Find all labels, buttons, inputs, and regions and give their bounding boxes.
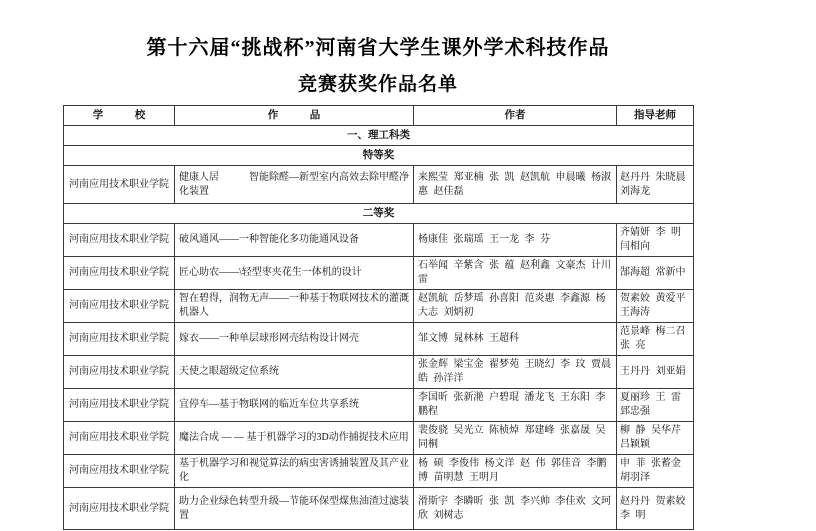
section-label-second-prize: 二等奖 [64, 204, 694, 224]
advisors-cell: 赵丹丹 朱晓晨 刘海龙 [617, 166, 694, 204]
authors-cell: 裴俊骁 吴光立 陈桢焯 郑建峰 张嘉晟 吴同桐 [414, 422, 617, 455]
table-row: 河南应用技术职业学院 破风通风——一种智能化多功能通风设备 杨康佳 张瑞瑶 王一… [64, 224, 694, 257]
table-row: 河南应用技术职业学院 嫁衣——一种单层球形网壳结构设计网壳 邹文博 晁林林 王超… [64, 323, 694, 356]
work-cell: 嫁衣——一种单层球形网壳结构设计网壳 [175, 323, 414, 356]
authors-cell: 滑斯宇 李瞵昕 张 凯 李兴帅 李佳欢 文珂欣 刘树志 [414, 488, 617, 530]
authors-cell: 赵凯航 岳梦瑶 孙喜阳 范炎惠 李鑫源 杨大志 刘炳初 [414, 290, 617, 323]
work-cell: 天使之眼超级定位系统 [175, 356, 414, 389]
school-cell: 河南应用技术职业学院 [64, 488, 175, 530]
advisors-cell: 齐婧妍 李 明 闫相向 [617, 224, 694, 257]
advisors-cell: 贺素姣 黄爱平 王海涛 [617, 290, 694, 323]
advisors-cell: 王丹丹 刘亚娟 [617, 356, 694, 389]
school-cell: 河南应用技术职业学院 [64, 166, 175, 204]
document-title: 第十六届“挑战杯”河南省大学生课外学术科技作品 竞赛获奖作品名单 [63, 34, 693, 98]
column-header-work: 作 品 [175, 106, 414, 126]
column-header-school: 学 校 [64, 106, 175, 126]
document-page: 第十六届“挑战杯”河南省大学生课外学术科技作品 竞赛获奖作品名单 学 校 作 品… [0, 0, 816, 531]
advisors-cell: 夏丽珍 王 雷 郅忠强 [617, 389, 694, 422]
work-cell: 智在碧得，润物无声——一种基于物联网技术的灌溉机器人 [175, 290, 414, 323]
school-cell: 河南应用技术职业学院 [64, 290, 175, 323]
section-label-category: 一、理工科类 [64, 126, 694, 146]
table-row: 河南应用技术职业学院 匠心助农——\轻型枣夹花生一体机的设计 石举闻 辛紫含 张… [64, 257, 694, 290]
table-row: 河南应用技术职业学院 基于机器学习和视觉算法的病虫害诱捕装置及其产业化 杨 硕 … [64, 455, 694, 488]
table-row: 河南应用技术职业学院 健康人居 智能除醛—新型室内高效去除甲醛净化装置 来熙莹 … [64, 166, 694, 204]
table-row: 河南应用技术职业学院 魔法合成 — — 基于机器学习的3D动作捕捉技术应用 裴俊… [64, 422, 694, 455]
authors-cell: 邹文博 晁林林 王超科 [414, 323, 617, 356]
authors-cell: 杨 硕 李俊伟 杨文洋 赵 伟 郭佳音 李鹏博 苗明慧 王明月 [414, 455, 617, 488]
school-cell: 河南应用技术职业学院 [64, 356, 175, 389]
advisors-cell: 赵丹丹 贺素姣 李 明 [617, 488, 694, 530]
school-cell: 河南应用技术职业学院 [64, 455, 175, 488]
work-cell: 匠心助农——\轻型枣夹花生一体机的设计 [175, 257, 414, 290]
title-line-1: 第十六届“挑战杯”河南省大学生课外学术科技作品 [63, 34, 693, 62]
school-cell: 河南应用技术职业学院 [64, 323, 175, 356]
title-line-2: 竞赛获奖作品名单 [63, 72, 693, 98]
work-cell: 破风通风——一种智能化多功能通风设备 [175, 224, 414, 257]
awards-table: 学 校 作 品 作者 指导老师 一、理工科类 特等奖 河南应用技术职业学院 健康… [63, 105, 694, 530]
authors-cell: 来熙莹 郑亚楠 张 凯 赵凯航 申晨曦 杨淑惠 赵佳磊 [414, 166, 617, 204]
work-cell: 魔法合成 — — 基于机器学习的3D动作捕捉技术应用 [175, 422, 414, 455]
work-cell: 宜停车—基于物联网的临近车位共享系统 [175, 389, 414, 422]
advisors-cell: 柳 静 吴华芹 吕颖颖 [617, 422, 694, 455]
school-cell: 河南应用技术职业学院 [64, 257, 175, 290]
work-cell: 健康人居 智能除醛—新型室内高效去除甲醛净化装置 [175, 166, 414, 204]
work-cell: 基于机器学习和视觉算法的病虫害诱捕装置及其产业化 [175, 455, 414, 488]
authors-cell: 李国昕 张新滟 户碧琨 潘龙飞 王东阳 李鹏程 [414, 389, 617, 422]
section-label-grand-prize: 特等奖 [64, 146, 694, 166]
section-row-category: 一、理工科类 [64, 126, 694, 146]
advisors-cell: 申 菲 张蓄金 胡羽泽 [617, 455, 694, 488]
school-cell: 河南应用技术职业学院 [64, 422, 175, 455]
authors-cell: 张金辉 梁宝金 翟梦苑 王晓幻 李 玟 贾晨皓 孙洋洋 [414, 356, 617, 389]
work-cell: 助力企业绿色转型升级—节能环保型煤焦油渣过滤装置 [175, 488, 414, 530]
column-header-advisors: 指导老师 [617, 106, 694, 126]
authors-cell: 石举闻 辛紫含 张 蕴 赵利鑫 文豪杰 计川雷 [414, 257, 617, 290]
school-cell: 河南应用技术职业学院 [64, 389, 175, 422]
table-row: 河南应用技术职业学院 宜停车—基于物联网的临近车位共享系统 李国昕 张新滟 户碧… [64, 389, 694, 422]
table-row: 河南应用技术职业学院 助力企业绿色转型升级—节能环保型煤焦油渣过滤装置 滑斯宇 … [64, 488, 694, 530]
section-row-grand-prize: 特等奖 [64, 146, 694, 166]
authors-cell: 杨康佳 张瑞瑶 王一龙 李 芬 [414, 224, 617, 257]
section-row-second-prize: 二等奖 [64, 204, 694, 224]
school-cell: 河南应用技术职业学院 [64, 224, 175, 257]
advisors-cell: 郜海超 常新中 [617, 257, 694, 290]
table-header-row: 学 校 作 品 作者 指导老师 [64, 106, 694, 126]
table-row: 河南应用技术职业学院 智在碧得，润物无声——一种基于物联网技术的灌溉机器人 赵凯… [64, 290, 694, 323]
advisors-cell: 范景峰 梅二召 张 亮 [617, 323, 694, 356]
table-row: 河南应用技术职业学院 天使之眼超级定位系统 张金辉 梁宝金 翟梦苑 王晓幻 李 … [64, 356, 694, 389]
column-header-authors: 作者 [414, 106, 617, 126]
